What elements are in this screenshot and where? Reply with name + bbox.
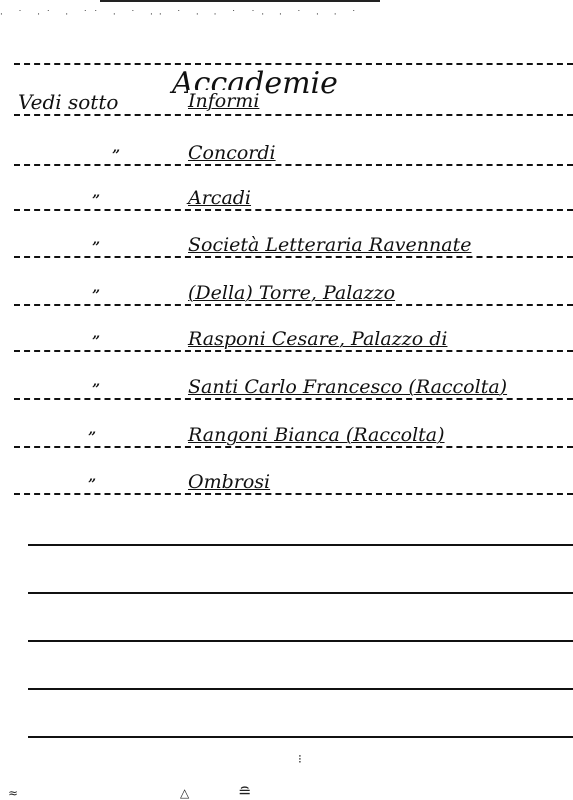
entry-2: Arcadi [188,187,255,209]
ruled-line [14,398,573,400]
entry-5: Rasponi Cesare, Palazzo di [188,328,451,350]
ditto-mark: ” [92,334,100,350]
entry-8: Ombrosi [188,471,274,493]
ruled-line [14,350,573,352]
ditto-mark: ” [92,288,100,304]
ditto-mark: ” [112,148,120,164]
ditto-mark: ” [92,240,100,256]
ditto-mark: ” [88,477,96,493]
title-row: Accademie [0,30,573,70]
entry-1: Concordi [188,142,280,164]
ditto-mark: ” [88,430,96,446]
entry-3: Società Letteraria Ravennate [188,234,475,256]
see-also-row: Vedi sotto Informi [0,84,573,124]
ruled-line [14,114,573,116]
entry-row: ”Rangoni Bianca (Raccolta) [0,420,573,460]
ruled-line [14,63,573,65]
entry-row: ”Santi Carlo Francesco (Raccolta) [0,372,573,412]
index-card: · ˙ ·˙ · ˙˙ · ˙ ·· ˙ · · ˙ ˙· · ˙ · · ˙ … [0,0,573,800]
entry-row: ”Arcadi [0,183,573,223]
scan-smudge: ≈ [8,786,18,800]
entry-row: ”Rasponi Cesare, Palazzo di [0,324,573,364]
entry-4: (Della) Torre, Palazzo [188,282,399,304]
blank-ruled-line [28,592,573,594]
ditto-mark: ” [92,382,100,398]
entry-0: Informi [188,90,263,112]
ruled-line [14,209,573,211]
ruled-line [14,304,573,306]
ditto-mark: ” [92,193,100,209]
entry-row: ”Società Letteraria Ravennate [0,230,573,270]
blank-ruled-line [28,544,573,546]
card-top-edge [100,0,380,2]
blank-ruled-line [28,640,573,642]
entry-7: Rangoni Bianca (Raccolta) [188,424,449,446]
scan-smudge: ≘ [238,782,251,800]
entry-6: Santi Carlo Francesco (Raccolta) [188,376,511,398]
ruled-line [14,164,573,166]
entry-row: ”Ombrosi [0,467,573,507]
entry-row: ”Concordi [0,138,573,178]
blank-ruled-line [28,688,573,690]
see-also-label: Vedi sotto [18,90,122,114]
ruled-line [14,256,573,258]
ruled-line [14,493,573,495]
entry-row: ”(Della) Torre, Palazzo [0,278,573,318]
scan-smudge: ⁝ [298,752,302,766]
blank-ruled-line [28,736,573,738]
ruled-line [14,446,573,448]
scan-smudge: △ [180,786,189,800]
